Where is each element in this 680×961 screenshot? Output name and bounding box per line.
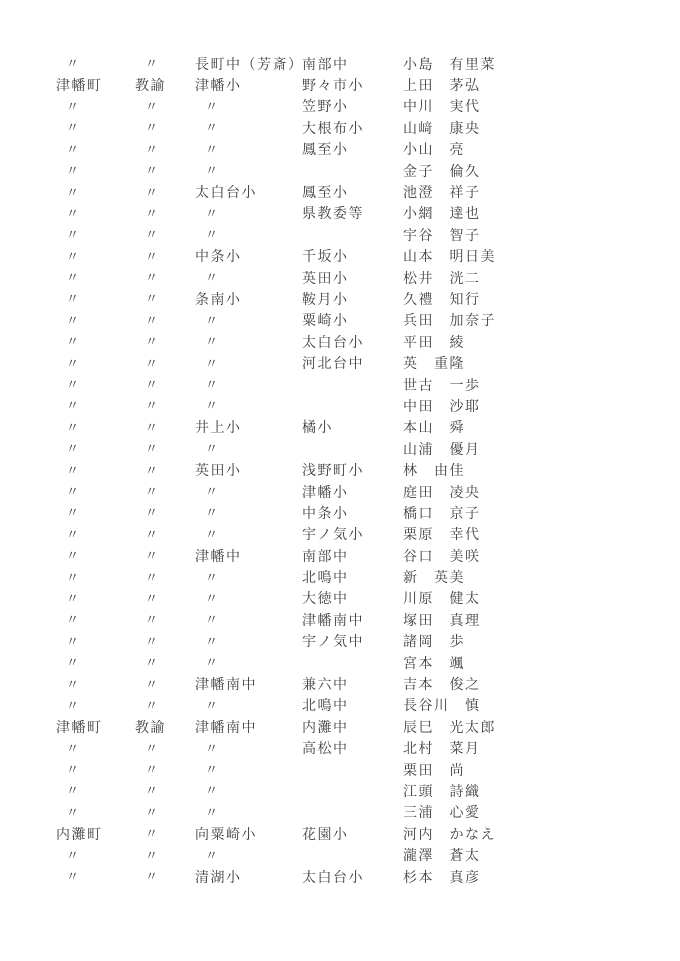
cell-title: 〃 <box>135 442 195 455</box>
cell-name: 久禮 知行 <box>403 292 680 306</box>
table-row: 〃 〃 〃 高松中 北村 菜月 <box>0 738 680 759</box>
cell-town: 〃 <box>56 849 135 862</box>
cell-new-school: 津幡南中 <box>195 677 302 691</box>
cell-town: 〃 <box>56 763 135 776</box>
cell-name: 小山 亮 <box>403 142 680 156</box>
cell-old-school: 鳳至小 <box>302 142 403 156</box>
cell-town: 〃 <box>56 357 135 370</box>
cell-new-school: 津幡小 <box>195 78 302 92</box>
cell-town: 〃 <box>56 292 135 305</box>
cell-town: 〃 <box>56 549 135 562</box>
cell-new-school: 〃 <box>195 335 302 348</box>
cell-new-school: 英田小 <box>195 463 302 477</box>
cell-name: 世古 一歩 <box>403 378 680 392</box>
cell-old-school: 花園小 <box>302 827 403 841</box>
cell-old-school: 南部中 <box>302 57 403 71</box>
cell-name: 池澄 祥子 <box>403 185 680 199</box>
cell-name: 三浦 心愛 <box>403 805 680 819</box>
cell-old-school: 河北台中 <box>302 356 403 370</box>
cell-old-school: 北鳴中 <box>302 698 403 712</box>
cell-name: 兵田 加奈子 <box>403 313 680 327</box>
cell-new-school: 清湖小 <box>195 870 302 884</box>
cell-title: 〃 <box>135 357 195 370</box>
table-row: 〃 〃 〃 三浦 心愛 <box>0 802 680 823</box>
cell-new-school: 〃 <box>195 656 302 669</box>
cell-name: 栗原 幸代 <box>403 527 680 541</box>
cell-title: 〃 <box>135 656 195 669</box>
cell-new-school: 〃 <box>195 592 302 605</box>
cell-title: 〃 <box>135 314 195 327</box>
cell-title: 〃 <box>135 571 195 584</box>
table-row: 〃 〃 〃 世古 一歩 <box>0 374 680 395</box>
cell-town: 〃 <box>56 207 135 220</box>
cell-name: 中川 実代 <box>403 99 680 113</box>
table-row: 〃 〃 井上小 橘小 本山 舜 <box>0 417 680 438</box>
cell-town: 〃 <box>56 635 135 648</box>
cell-new-school: 〃 <box>195 806 302 819</box>
cell-new-school: 〃 <box>195 763 302 776</box>
table-row: 〃 〃 〃 太白台小 平田 綾 <box>0 331 680 352</box>
table-row: 〃 〃 〃 粟崎小 兵田 加奈子 <box>0 310 680 331</box>
cell-new-school: 〃 <box>195 485 302 498</box>
cell-title: 〃 <box>135 464 195 477</box>
cell-name: 河内 かなえ <box>403 827 680 841</box>
table-row: 〃 〃 〃 笠野小 中川 実代 <box>0 96 680 117</box>
cell-title: 〃 <box>135 763 195 776</box>
cell-title: 〃 <box>135 399 195 412</box>
cell-title: 〃 <box>135 57 195 70</box>
cell-new-school: 〃 <box>195 571 302 584</box>
cell-title: 〃 <box>135 378 195 391</box>
cell-town: 〃 <box>56 100 135 113</box>
cell-new-school: 〃 <box>195 100 302 113</box>
cell-town: 〃 <box>56 421 135 434</box>
cell-name: 長谷川 慎 <box>403 698 680 712</box>
cell-new-school: 〃 <box>195 399 302 412</box>
cell-town: 〃 <box>56 506 135 519</box>
cell-new-school: 〃 <box>195 357 302 370</box>
cell-title: 〃 <box>135 635 195 648</box>
cell-old-school: 太白台小 <box>302 335 403 349</box>
cell-name: 小網 達也 <box>403 206 680 220</box>
cell-new-school: 〃 <box>195 699 302 712</box>
cell-title: 〃 <box>135 207 195 220</box>
cell-name: 小島 有里菜 <box>403 57 680 71</box>
cell-new-school: 〃 <box>195 378 302 391</box>
table-row: 〃 〃 〃 鳳至小 小山 亮 <box>0 139 680 160</box>
cell-town: 〃 <box>56 250 135 263</box>
cell-town: 内灘町 <box>56 827 135 841</box>
cell-old-school: 中条小 <box>302 506 403 520</box>
cell-title: 〃 <box>135 849 195 862</box>
cell-new-school: 〃 <box>195 314 302 327</box>
cell-town: 〃 <box>56 592 135 605</box>
cell-old-school: 橘小 <box>302 420 403 434</box>
cell-old-school: 津幡小 <box>302 485 403 499</box>
cell-town: 〃 <box>56 464 135 477</box>
cell-old-school: 内灘中 <box>302 720 403 734</box>
cell-town: 〃 <box>56 399 135 412</box>
cell-new-school: 〃 <box>195 228 302 241</box>
cell-name: 庭田 凌央 <box>403 485 680 499</box>
cell-title: 〃 <box>135 421 195 434</box>
cell-new-school: 中条小 <box>195 249 302 263</box>
table-row: 〃 〃 〃 宇ノ気小 栗原 幸代 <box>0 524 680 545</box>
table-row: 〃 〃 〃 県教委等 小網 達也 <box>0 203 680 224</box>
cell-new-school: 〃 <box>195 784 302 797</box>
table-row: 〃 〃 〃 山浦 優月 <box>0 438 680 459</box>
cell-name: 杉本 真彦 <box>403 870 680 884</box>
cell-old-school: 宇ノ気中 <box>302 634 403 648</box>
table-row: 〃 〃 〃 金子 倫久 <box>0 160 680 181</box>
table-row: 〃 〃 条南小 鞍月小 久禮 知行 <box>0 288 680 309</box>
personnel-table: 〃 〃 長町中（芳斎） 南部中 小島 有里菜 津幡町 教諭 津幡小 野々市小 上… <box>0 53 680 887</box>
table-row: 〃 〃 清湖小 太白台小 杉本 真彦 <box>0 866 680 887</box>
cell-town: 〃 <box>56 121 135 134</box>
cell-town: 〃 <box>56 571 135 584</box>
table-row: 〃 〃 〃 江頭 詩織 <box>0 780 680 801</box>
cell-new-school: 〃 <box>195 528 302 541</box>
table-row: 〃 〃 〃 津幡小 庭田 凌央 <box>0 481 680 502</box>
cell-old-school: 野々市小 <box>302 78 403 92</box>
table-row: 〃 〃 〃 宇谷 智子 <box>0 224 680 245</box>
cell-town: 〃 <box>56 271 135 284</box>
cell-old-school: 太白台小 <box>302 870 403 884</box>
table-row: 内灘町 〃 向粟崎小 花園小 河内 かなえ <box>0 823 680 844</box>
cell-old-school: 県教委等 <box>302 206 403 220</box>
cell-old-school: 鞍月小 <box>302 292 403 306</box>
document-page: 〃 〃 長町中（芳斎） 南部中 小島 有里菜 津幡町 教諭 津幡小 野々市小 上… <box>0 0 680 961</box>
cell-title: 〃 <box>135 699 195 712</box>
cell-old-school: 高松中 <box>302 741 403 755</box>
cell-title: 〃 <box>135 250 195 263</box>
cell-name: 諸岡 歩 <box>403 634 680 648</box>
cell-title: 〃 <box>135 528 195 541</box>
cell-town: 〃 <box>56 143 135 156</box>
cell-title: 〃 <box>135 806 195 819</box>
cell-name: 瀧澤 蒼太 <box>403 848 680 862</box>
table-row: 〃 〃 〃 宮本 颯 <box>0 652 680 673</box>
cell-title: 〃 <box>135 613 195 626</box>
cell-title: 〃 <box>135 827 195 840</box>
cell-town: 〃 <box>56 314 135 327</box>
cell-new-school: 井上小 <box>195 420 302 434</box>
cell-town: 〃 <box>56 228 135 241</box>
cell-town: 〃 <box>56 613 135 626</box>
cell-town: 津幡町 <box>56 720 135 734</box>
table-row: 〃 〃 太白台小 鳳至小 池澄 祥子 <box>0 181 680 202</box>
cell-title: 〃 <box>135 742 195 755</box>
cell-town: 〃 <box>56 870 135 883</box>
cell-town: 〃 <box>56 378 135 391</box>
table-row: 〃 〃 中条小 千坂小 山本 明日美 <box>0 246 680 267</box>
cell-new-school: 〃 <box>195 121 302 134</box>
cell-old-school: 浅野町小 <box>302 463 403 477</box>
cell-old-school: 笠野小 <box>302 99 403 113</box>
table-row: 津幡町 教諭 津幡南中 内灘中 辰巳 光太郎 <box>0 716 680 737</box>
cell-name: 松井 洸二 <box>403 271 680 285</box>
cell-town: 津幡町 <box>56 78 135 92</box>
cell-name: 橋口 京子 <box>403 506 680 520</box>
table-row: 〃 〃 〃 北鳴中 長谷川 慎 <box>0 695 680 716</box>
cell-title: 〃 <box>135 506 195 519</box>
cell-title: 教諭 <box>135 720 195 734</box>
cell-title: 〃 <box>135 121 195 134</box>
table-row: 津幡町 教諭 津幡小 野々市小 上田 茅弘 <box>0 74 680 95</box>
cell-old-school: 大根布小 <box>302 121 403 135</box>
table-row: 〃 〃 〃 中田 沙耶 <box>0 395 680 416</box>
cell-old-school: 津幡南中 <box>302 613 403 627</box>
table-row: 〃 〃 〃 河北台中 英 重隆 <box>0 352 680 373</box>
cell-name: 江頭 詩織 <box>403 784 680 798</box>
cell-name: 北村 菜月 <box>403 741 680 755</box>
cell-new-school: 津幡南中 <box>195 720 302 734</box>
table-row: 〃 〃 津幡南中 兼六中 吉本 俊之 <box>0 673 680 694</box>
cell-new-school: 〃 <box>195 635 302 648</box>
table-row: 〃 〃 〃 栗田 尚 <box>0 759 680 780</box>
table-row: 〃 〃 〃 中条小 橋口 京子 <box>0 502 680 523</box>
cell-title: 〃 <box>135 100 195 113</box>
cell-new-school: 〃 <box>195 271 302 284</box>
cell-title: 〃 <box>135 549 195 562</box>
cell-name: 宮本 颯 <box>403 656 680 670</box>
table-row: 〃 〃 津幡中 南部中 谷口 美咲 <box>0 545 680 566</box>
cell-old-school: 兼六中 <box>302 677 403 691</box>
cell-town: 〃 <box>56 186 135 199</box>
cell-name: 吉本 俊之 <box>403 677 680 691</box>
cell-town: 〃 <box>56 335 135 348</box>
cell-title: 〃 <box>135 335 195 348</box>
cell-title: 〃 <box>135 186 195 199</box>
cell-town: 〃 <box>56 678 135 691</box>
cell-new-school: 津幡中 <box>195 549 302 563</box>
cell-name: 谷口 美咲 <box>403 549 680 563</box>
cell-new-school: 〃 <box>195 143 302 156</box>
table-row: 〃 〃 英田小 浅野町小 林 由佳 <box>0 459 680 480</box>
cell-new-school: 向粟崎小 <box>195 827 302 841</box>
cell-title: 〃 <box>135 870 195 883</box>
cell-name: 宇谷 智子 <box>403 228 680 242</box>
cell-old-school: 英田小 <box>302 271 403 285</box>
cell-new-school: 〃 <box>195 207 302 220</box>
cell-new-school: 条南小 <box>195 292 302 306</box>
cell-name: 山浦 優月 <box>403 442 680 456</box>
table-row: 〃 〃 長町中（芳斎） 南部中 小島 有里菜 <box>0 53 680 74</box>
cell-name: 中田 沙耶 <box>403 399 680 413</box>
cell-name: 辰巳 光太郎 <box>403 720 680 734</box>
cell-title: 〃 <box>135 592 195 605</box>
cell-name: 平田 綾 <box>403 335 680 349</box>
cell-town: 〃 <box>56 528 135 541</box>
table-row: 〃 〃 〃 英田小 松井 洸二 <box>0 267 680 288</box>
cell-old-school: 北鳴中 <box>302 570 403 584</box>
cell-town: 〃 <box>56 57 135 70</box>
table-row: 〃 〃 〃 宇ノ気中 諸岡 歩 <box>0 631 680 652</box>
cell-new-school: 〃 <box>195 613 302 626</box>
cell-old-school: 粟崎小 <box>302 313 403 327</box>
cell-title: 〃 <box>135 164 195 177</box>
cell-new-school: 〃 <box>195 442 302 455</box>
cell-name: 塚田 真理 <box>403 613 680 627</box>
cell-title: 〃 <box>135 271 195 284</box>
cell-new-school: 太白台小 <box>195 185 302 199</box>
cell-name: 本山 舜 <box>403 420 680 434</box>
cell-town: 〃 <box>56 442 135 455</box>
cell-name: 林 由佳 <box>403 463 680 477</box>
cell-town: 〃 <box>56 806 135 819</box>
cell-name: 栗田 尚 <box>403 763 680 777</box>
cell-town: 〃 <box>56 164 135 177</box>
cell-town: 〃 <box>56 784 135 797</box>
cell-title: 〃 <box>135 143 195 156</box>
cell-title: 〃 <box>135 292 195 305</box>
cell-title: 〃 <box>135 485 195 498</box>
table-row: 〃 〃 〃 津幡南中 塚田 真理 <box>0 609 680 630</box>
cell-name: 金子 倫久 <box>403 164 680 178</box>
cell-town: 〃 <box>56 742 135 755</box>
cell-town: 〃 <box>56 485 135 498</box>
cell-title: 教諭 <box>135 78 195 92</box>
cell-town: 〃 <box>56 699 135 712</box>
cell-old-school: 南部中 <box>302 549 403 563</box>
cell-new-school: 長町中（芳斎） <box>195 57 302 71</box>
cell-new-school: 〃 <box>195 506 302 519</box>
cell-old-school: 宇ノ気小 <box>302 527 403 541</box>
cell-old-school: 千坂小 <box>302 249 403 263</box>
cell-name: 上田 茅弘 <box>403 78 680 92</box>
cell-name: 英 重隆 <box>403 356 680 370</box>
cell-name: 山﨑 康央 <box>403 121 680 135</box>
cell-title: 〃 <box>135 678 195 691</box>
table-row: 〃 〃 〃 瀧澤 蒼太 <box>0 844 680 865</box>
cell-new-school: 〃 <box>195 849 302 862</box>
cell-name: 川原 健太 <box>403 591 680 605</box>
table-row: 〃 〃 〃 大徳中 川原 健太 <box>0 588 680 609</box>
cell-name: 山本 明日美 <box>403 249 680 263</box>
cell-title: 〃 <box>135 784 195 797</box>
cell-new-school: 〃 <box>195 742 302 755</box>
table-row: 〃 〃 〃 大根布小 山﨑 康央 <box>0 117 680 138</box>
cell-new-school: 〃 <box>195 164 302 177</box>
cell-old-school: 鳳至小 <box>302 185 403 199</box>
cell-title: 〃 <box>135 228 195 241</box>
cell-town: 〃 <box>56 656 135 669</box>
cell-name: 新 英美 <box>403 570 680 584</box>
table-row: 〃 〃 〃 北鳴中 新 英美 <box>0 566 680 587</box>
cell-old-school: 大徳中 <box>302 591 403 605</box>
